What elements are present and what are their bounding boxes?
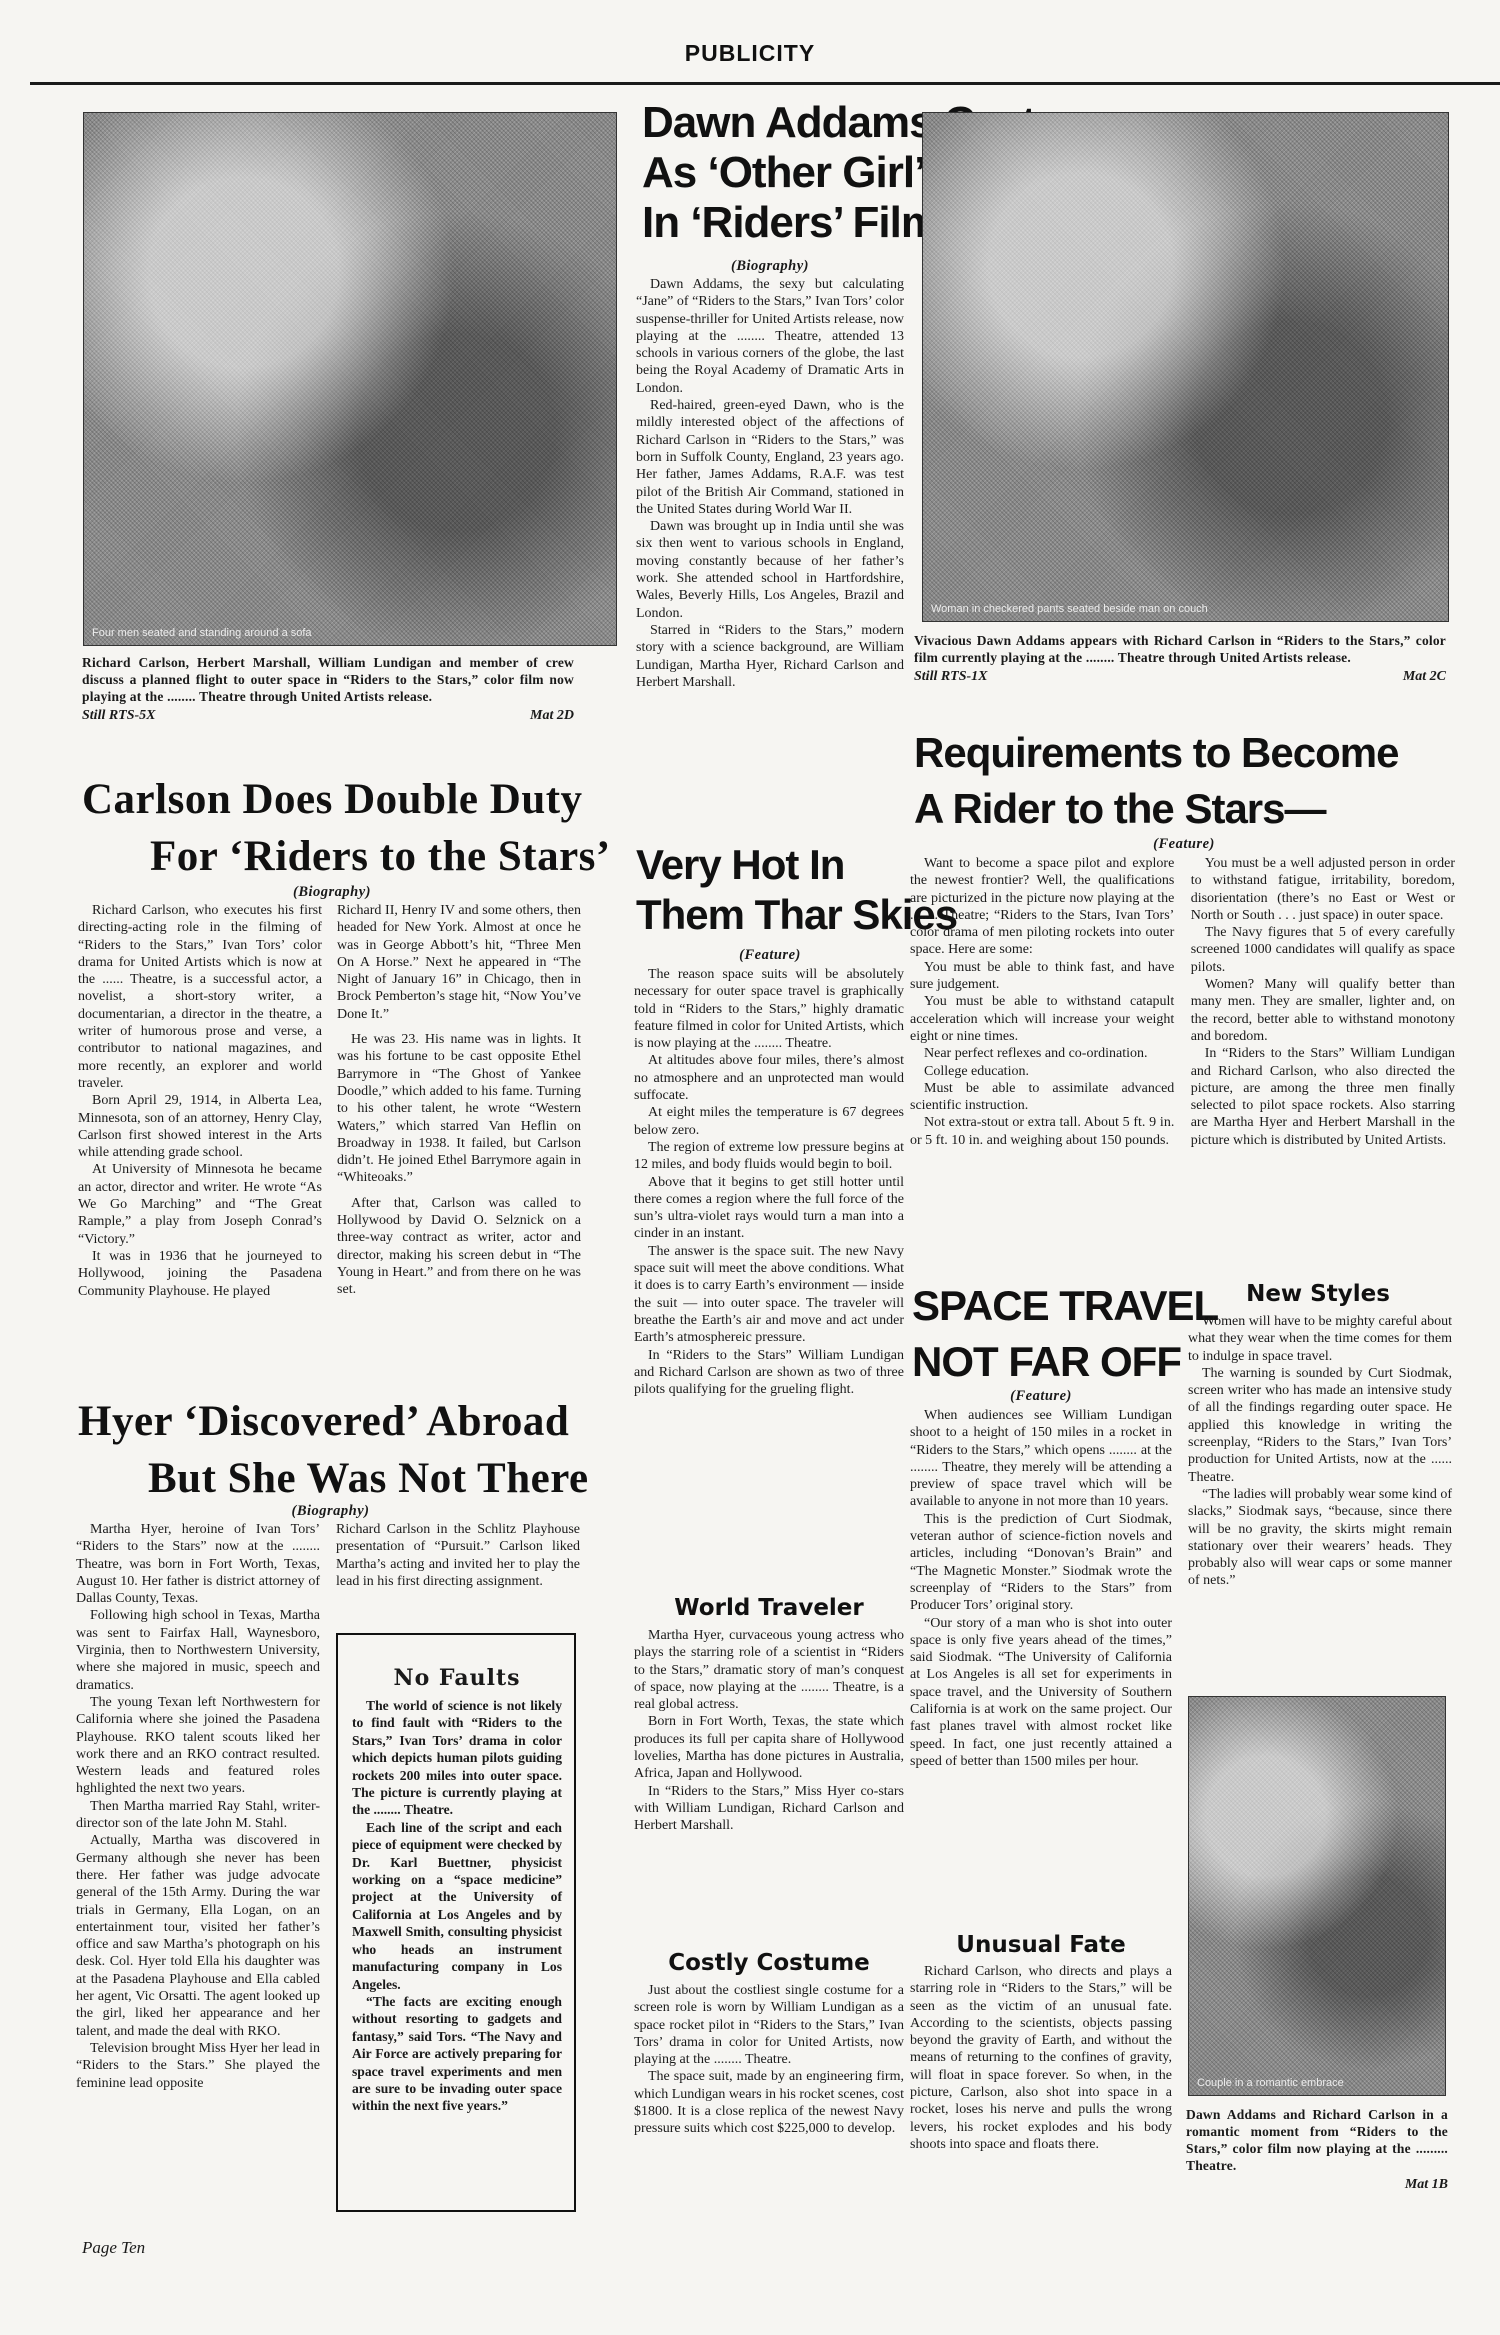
paragraph: The Navy figures that 5 of every careful… bbox=[1191, 924, 1455, 976]
photo-caption-block-3: Dawn Addams and Richard Carlson in a rom… bbox=[1186, 2106, 1448, 2193]
paragraph: You must be able to think fast, and have… bbox=[910, 959, 1174, 994]
paragraph: At University of Minnesota he became an … bbox=[78, 1161, 322, 1247]
masthead-rule bbox=[30, 82, 1500, 85]
page-number: Page Ten bbox=[82, 2238, 145, 2258]
paragraph: The young Texan left Northwestern for Ca… bbox=[76, 1694, 320, 1798]
paragraph: The warning is sounded by Curt Siodmak, … bbox=[1188, 1365, 1452, 1486]
mat-number: Mat 2D bbox=[530, 708, 574, 724]
photo-caption: Vivacious Dawn Addams appears with Richa… bbox=[914, 632, 1446, 666]
paragraph: At altitudes above four miles, there’s a… bbox=[634, 1052, 904, 1104]
headline-hyer-line1: Hyer ‘Discovered’ Abroad bbox=[78, 1395, 569, 1449]
column-2: Richard II, Henry IV and some others, th… bbox=[337, 902, 581, 1300]
paragraph: “The facts are exciting enough without r… bbox=[352, 1993, 562, 2115]
paragraph: Each line of the script and each piece o… bbox=[352, 1819, 562, 1993]
photo-caption-block-2: Vivacious Dawn Addams appears with Richa… bbox=[914, 632, 1446, 685]
photo-dawn-carlson-couch: Woman in checkered pants seated beside m… bbox=[922, 112, 1449, 622]
article-world-traveler-body: Martha Hyer, curvaceous young actress wh… bbox=[634, 1627, 904, 1835]
photo-caption-block-1: Richard Carlson, Herbert Marshall, Willi… bbox=[82, 654, 574, 724]
paragraph: The space suit, made by an engineering f… bbox=[634, 2068, 904, 2137]
paragraph: Richard II, Henry IV and some others, th… bbox=[337, 902, 581, 1023]
paragraph: The reason space suits will be absolutel… bbox=[634, 966, 904, 1052]
paragraph: “The ladies will probably wear some kind… bbox=[1188, 1486, 1452, 1590]
paragraph: Women will have to be mighty careful abo… bbox=[1188, 1313, 1452, 1365]
mat-line: Mat 1B bbox=[1186, 2177, 1448, 2193]
paragraph: Following high school in Texas, Martha w… bbox=[76, 1607, 320, 1693]
photo-alt: Couple in a romantic embrace bbox=[1197, 2077, 1344, 2089]
headline-line: Them Thar Skies bbox=[636, 890, 957, 940]
paragraph: Dawn was brought up in India until she w… bbox=[636, 518, 904, 622]
photo-caption: Richard Carlson, Herbert Marshall, Willi… bbox=[82, 654, 574, 705]
headline-requirements: Requirements to Become A Rider to the St… bbox=[914, 725, 1398, 837]
paragraph: In “Riders to the Stars” William Lundiga… bbox=[634, 1347, 904, 1399]
photo-alt: Woman in checkered pants seated beside m… bbox=[931, 603, 1208, 615]
mat-number: Mat 2C bbox=[1403, 669, 1446, 685]
paragraph: Then Martha married Ray Stahl, writer-di… bbox=[76, 1798, 320, 1833]
kicker: (Feature) bbox=[636, 947, 904, 964]
masthead: PUBLICITY bbox=[0, 40, 1500, 67]
paragraph: Must be able to assimilate advanced scie… bbox=[910, 1080, 1174, 1115]
headline-very-hot: Very Hot In Them Thar Skies bbox=[636, 840, 957, 940]
article-carlson-body: Richard Carlson, who executes his first … bbox=[78, 902, 581, 1300]
article-hyer-col1: Martha Hyer, heroine of Ivan Tors’ “Ride… bbox=[76, 1521, 320, 2092]
paragraph: Above that it begins to get still hotter… bbox=[634, 1174, 904, 1243]
paragraph: Richard Carlson, who executes his first … bbox=[78, 902, 322, 1092]
photo-caption: Dawn Addams and Richard Carlson in a rom… bbox=[1186, 2106, 1448, 2174]
headline-carlson-line1: Carlson Does Double Duty bbox=[82, 773, 583, 827]
headline-unusual-fate: Unusual Fate bbox=[910, 1932, 1172, 1958]
column-2: You must be a well adjusted person in or… bbox=[1191, 855, 1455, 1149]
paragraph: Dawn Addams, the sexy but calculating “J… bbox=[636, 276, 904, 397]
paragraph: After that, Carlson was called to Hollyw… bbox=[337, 1195, 581, 1299]
article-requirements-body: Want to become a space pilot and explore… bbox=[910, 855, 1455, 1149]
headline-line: Very Hot In bbox=[636, 840, 957, 890]
headline-new-styles: New Styles bbox=[1186, 1281, 1450, 1307]
photo-romantic-moment: Couple in a romantic embrace bbox=[1188, 1696, 1446, 2096]
paragraph: At eight miles the temperature is 67 deg… bbox=[634, 1104, 904, 1139]
paragraph: Near perfect reflexes and co-ordination. bbox=[910, 1045, 1174, 1062]
article-new-styles-body: Women will have to be mighty careful abo… bbox=[1188, 1313, 1452, 1590]
paragraph: When audiences see William Lundigan shoo… bbox=[910, 1407, 1172, 1511]
headline-line: SPACE TRAVEL bbox=[912, 1278, 1218, 1334]
article-space-travel-body: When audiences see William Lundigan shoo… bbox=[910, 1407, 1172, 1770]
article-very-hot-body: The reason space suits will be absolutel… bbox=[634, 966, 904, 1398]
paragraph: The answer is the space suit. The new Na… bbox=[634, 1243, 904, 1347]
kicker: (Biography) bbox=[82, 884, 582, 901]
kicker: (Feature) bbox=[914, 836, 1454, 853]
paragraph: In “Riders to the Stars,” Miss Hyer co-s… bbox=[634, 1783, 904, 1835]
paragraph: Want to become a space pilot and explore… bbox=[910, 855, 1174, 959]
article-costly-costume-body: Just about the costliest single costume … bbox=[634, 1982, 904, 2138]
headline-line: A Rider to the Stars— bbox=[914, 781, 1398, 837]
article-dawn-body: Dawn Addams, the sexy but calculating “J… bbox=[636, 276, 904, 691]
photo-carlson-crew: Four men seated and standing around a so… bbox=[83, 112, 617, 646]
headline-costly-costume: Costly Costume bbox=[634, 1950, 904, 1976]
box-title: No Faults bbox=[352, 1665, 562, 1691]
paragraph: It was in 1936 that he journeyed to Holl… bbox=[78, 1248, 322, 1300]
article-unusual-fate-body: Richard Carlson, who directs and plays a… bbox=[910, 1963, 1172, 2153]
paragraph: Richard Carlson in the Schlitz Playhouse… bbox=[336, 1521, 580, 1590]
sidebar-box-no-faults: No Faults The world of science is not li… bbox=[336, 1633, 576, 2212]
paragraph: This is the prediction of Curt Siodmak, … bbox=[910, 1511, 1172, 1615]
paragraph: Martha Hyer, heroine of Ivan Tors’ “Ride… bbox=[76, 1521, 320, 1607]
headline-line: NOT FAR OFF bbox=[912, 1334, 1218, 1390]
photo-alt: Four men seated and standing around a so… bbox=[92, 627, 312, 639]
article-hyer-col2: Richard Carlson in the Schlitz Playhouse… bbox=[336, 1521, 580, 1590]
paragraph: Just about the costliest single costume … bbox=[634, 1982, 904, 2068]
kicker: (Biography) bbox=[78, 1503, 583, 1520]
paragraph: Martha Hyer, curvaceous young actress wh… bbox=[634, 1627, 904, 1713]
headline-carlson-line2: For ‘Riders to the Stars’ bbox=[150, 830, 611, 884]
paragraph: Born April 29, 1914, in Alberta Lea, Min… bbox=[78, 1092, 322, 1161]
paragraph: Actually, Martha was discovered in Germa… bbox=[76, 1832, 320, 2040]
paragraph: He was 23. His name was in lights. It wa… bbox=[337, 1031, 581, 1187]
paragraph: Red-haired, green-eyed Dawn, who is the … bbox=[636, 397, 904, 518]
still-mat-line: Still RTS-1X Mat 2C bbox=[914, 669, 1446, 685]
still-mat-line: Still RTS-5X Mat 2D bbox=[82, 708, 574, 724]
mat-number: Mat 1B bbox=[1405, 2177, 1448, 2193]
headline-line: Requirements to Become bbox=[914, 725, 1398, 781]
paragraph: You must be a well adjusted person in or… bbox=[1191, 855, 1455, 924]
headline-space-travel: SPACE TRAVEL NOT FAR OFF bbox=[912, 1278, 1218, 1390]
still-number: Still RTS-5X bbox=[82, 708, 156, 724]
paragraph: The world of science is not likely to fi… bbox=[352, 1697, 562, 1819]
paragraph: “Our story of a man who is shot into out… bbox=[910, 1615, 1172, 1771]
paragraph: You must be able to withstand catapult a… bbox=[910, 993, 1174, 1045]
column-1: Richard Carlson, who executes his first … bbox=[78, 902, 322, 1300]
paragraph: College education. bbox=[910, 1063, 1174, 1080]
paragraph: Richard Carlson, who directs and plays a… bbox=[910, 1963, 1172, 2153]
kicker: (Biography) bbox=[636, 258, 904, 275]
paragraph: Women? Many will qualify better than man… bbox=[1191, 976, 1455, 1045]
column-1: Want to become a space pilot and explore… bbox=[910, 855, 1174, 1149]
headline-world-traveler: World Traveler bbox=[634, 1595, 904, 1621]
paragraph: The region of extreme low pressure begin… bbox=[634, 1139, 904, 1174]
paragraph: In “Riders to the Stars” William Lundiga… bbox=[1191, 1045, 1455, 1149]
paragraph: Television brought Miss Hyer her lead in… bbox=[76, 2040, 320, 2092]
paragraph: Starred in “Riders to the Stars,” modern… bbox=[636, 622, 904, 691]
paragraph: Not extra-stout or extra tall. About 5 f… bbox=[910, 1114, 1174, 1149]
kicker: (Feature) bbox=[910, 1388, 1172, 1405]
still-number: Still RTS-1X bbox=[914, 669, 988, 685]
paragraph: Born in Fort Worth, Texas, the state whi… bbox=[634, 1713, 904, 1782]
headline-hyer-line2: But She Was Not There bbox=[148, 1452, 589, 1506]
